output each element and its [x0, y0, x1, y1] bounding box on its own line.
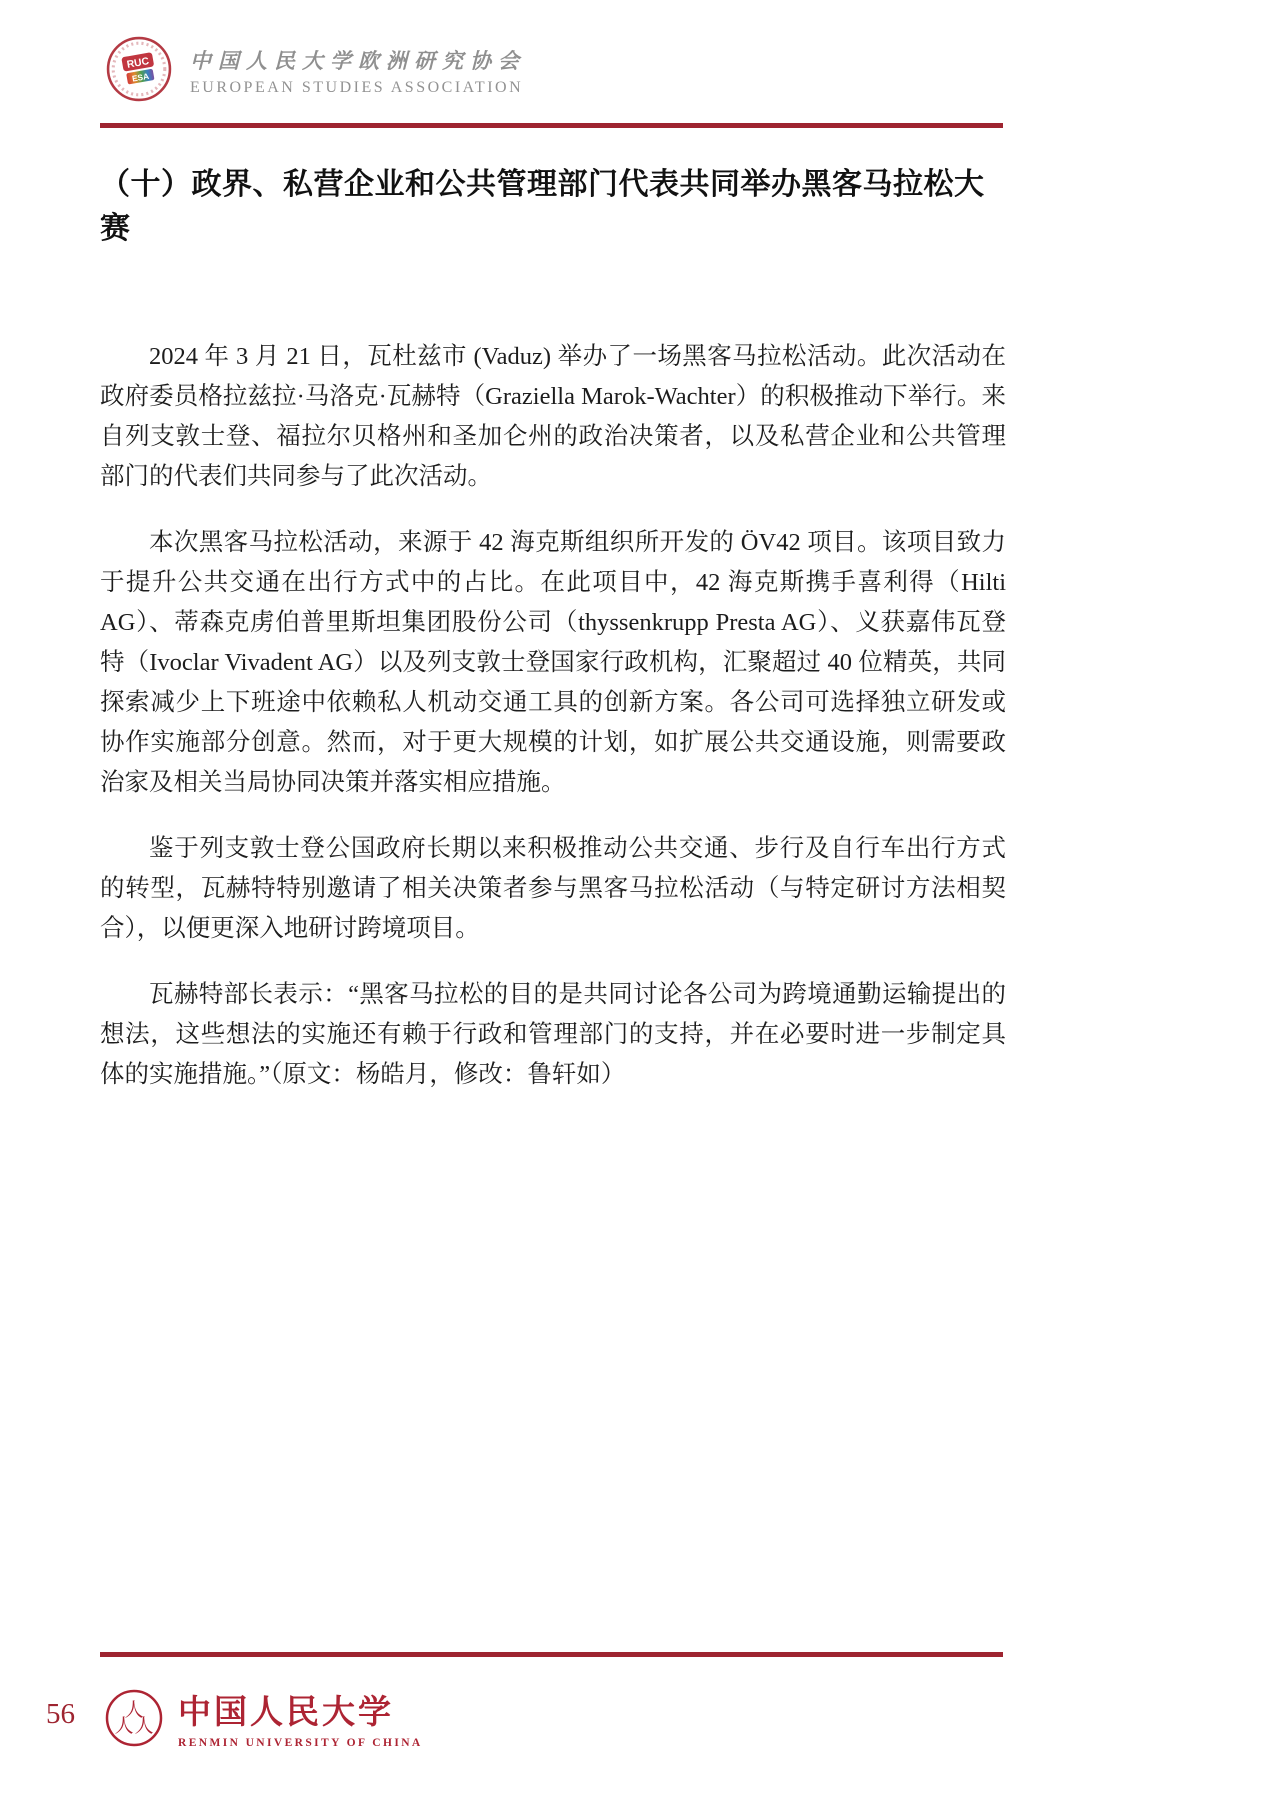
svg-text:人: 人 [134, 1715, 153, 1737]
university-name-english: RENMIN UNIVERSITY OF CHINA [178, 1737, 423, 1749]
bottom-divider-rule [100, 1652, 1003, 1657]
article: （十）政界、私营企业和公共管理部门代表共同举办黑客马拉松大赛 2024 年 3 … [100, 163, 1006, 1121]
university-name-block: 中国人民大学 RENMIN UNIVERSITY OF CHINA [178, 1686, 423, 1749]
footer-brand: 人 人 人 中国人民大学 RENMIN UNIVERSITY OF CHINA [104, 1686, 423, 1749]
ruc-university-logo: 人 人 人 [104, 1688, 164, 1748]
paragraph-1: 2024 年 3 月 21 日，瓦杜兹市 (Vaduz) 举办了一场黑客马拉松活… [100, 337, 1006, 497]
esa-seal-logo: RUC ESA [106, 36, 172, 102]
university-name-chinese: 中国人民大学 [178, 1686, 423, 1733]
svg-text:人: 人 [114, 1715, 133, 1737]
header-org-text: 中国人民大学欧洲研究协会 EUROPEAN STUDIES ASSOCIATIO… [190, 41, 526, 97]
document-page: RUC ESA 中国人民大学欧洲研究协会 EUROPEAN STUDIES AS… [0, 0, 1280, 1810]
org-name-english: EUROPEAN STUDIES ASSOCIATION [190, 79, 526, 97]
paragraph-2: 本次黑客马拉松活动，来源于 42 海克斯组织所开发的 ÖV42 项目。该项目致力… [100, 523, 1006, 803]
paragraph-3: 鉴于列支敦士登公国政府长期以来积极推动公共交通、步行及自行车出行方式的转型，瓦赫… [100, 829, 1006, 949]
page-header: RUC ESA 中国人民大学欧洲研究协会 EUROPEAN STUDIES AS… [106, 36, 526, 102]
org-name-chinese: 中国人民大学欧洲研究协会 [190, 45, 526, 75]
page-number: 56 [46, 1698, 75, 1731]
top-divider-rule [100, 123, 1003, 128]
article-title: （十）政界、私营企业和公共管理部门代表共同举办黑客马拉松大赛 [100, 163, 1006, 251]
paragraph-4: 瓦赫特部长表示：“黑客马拉松的目的是共同讨论各公司为跨境通勤运输提出的想法，这些… [100, 975, 1006, 1095]
